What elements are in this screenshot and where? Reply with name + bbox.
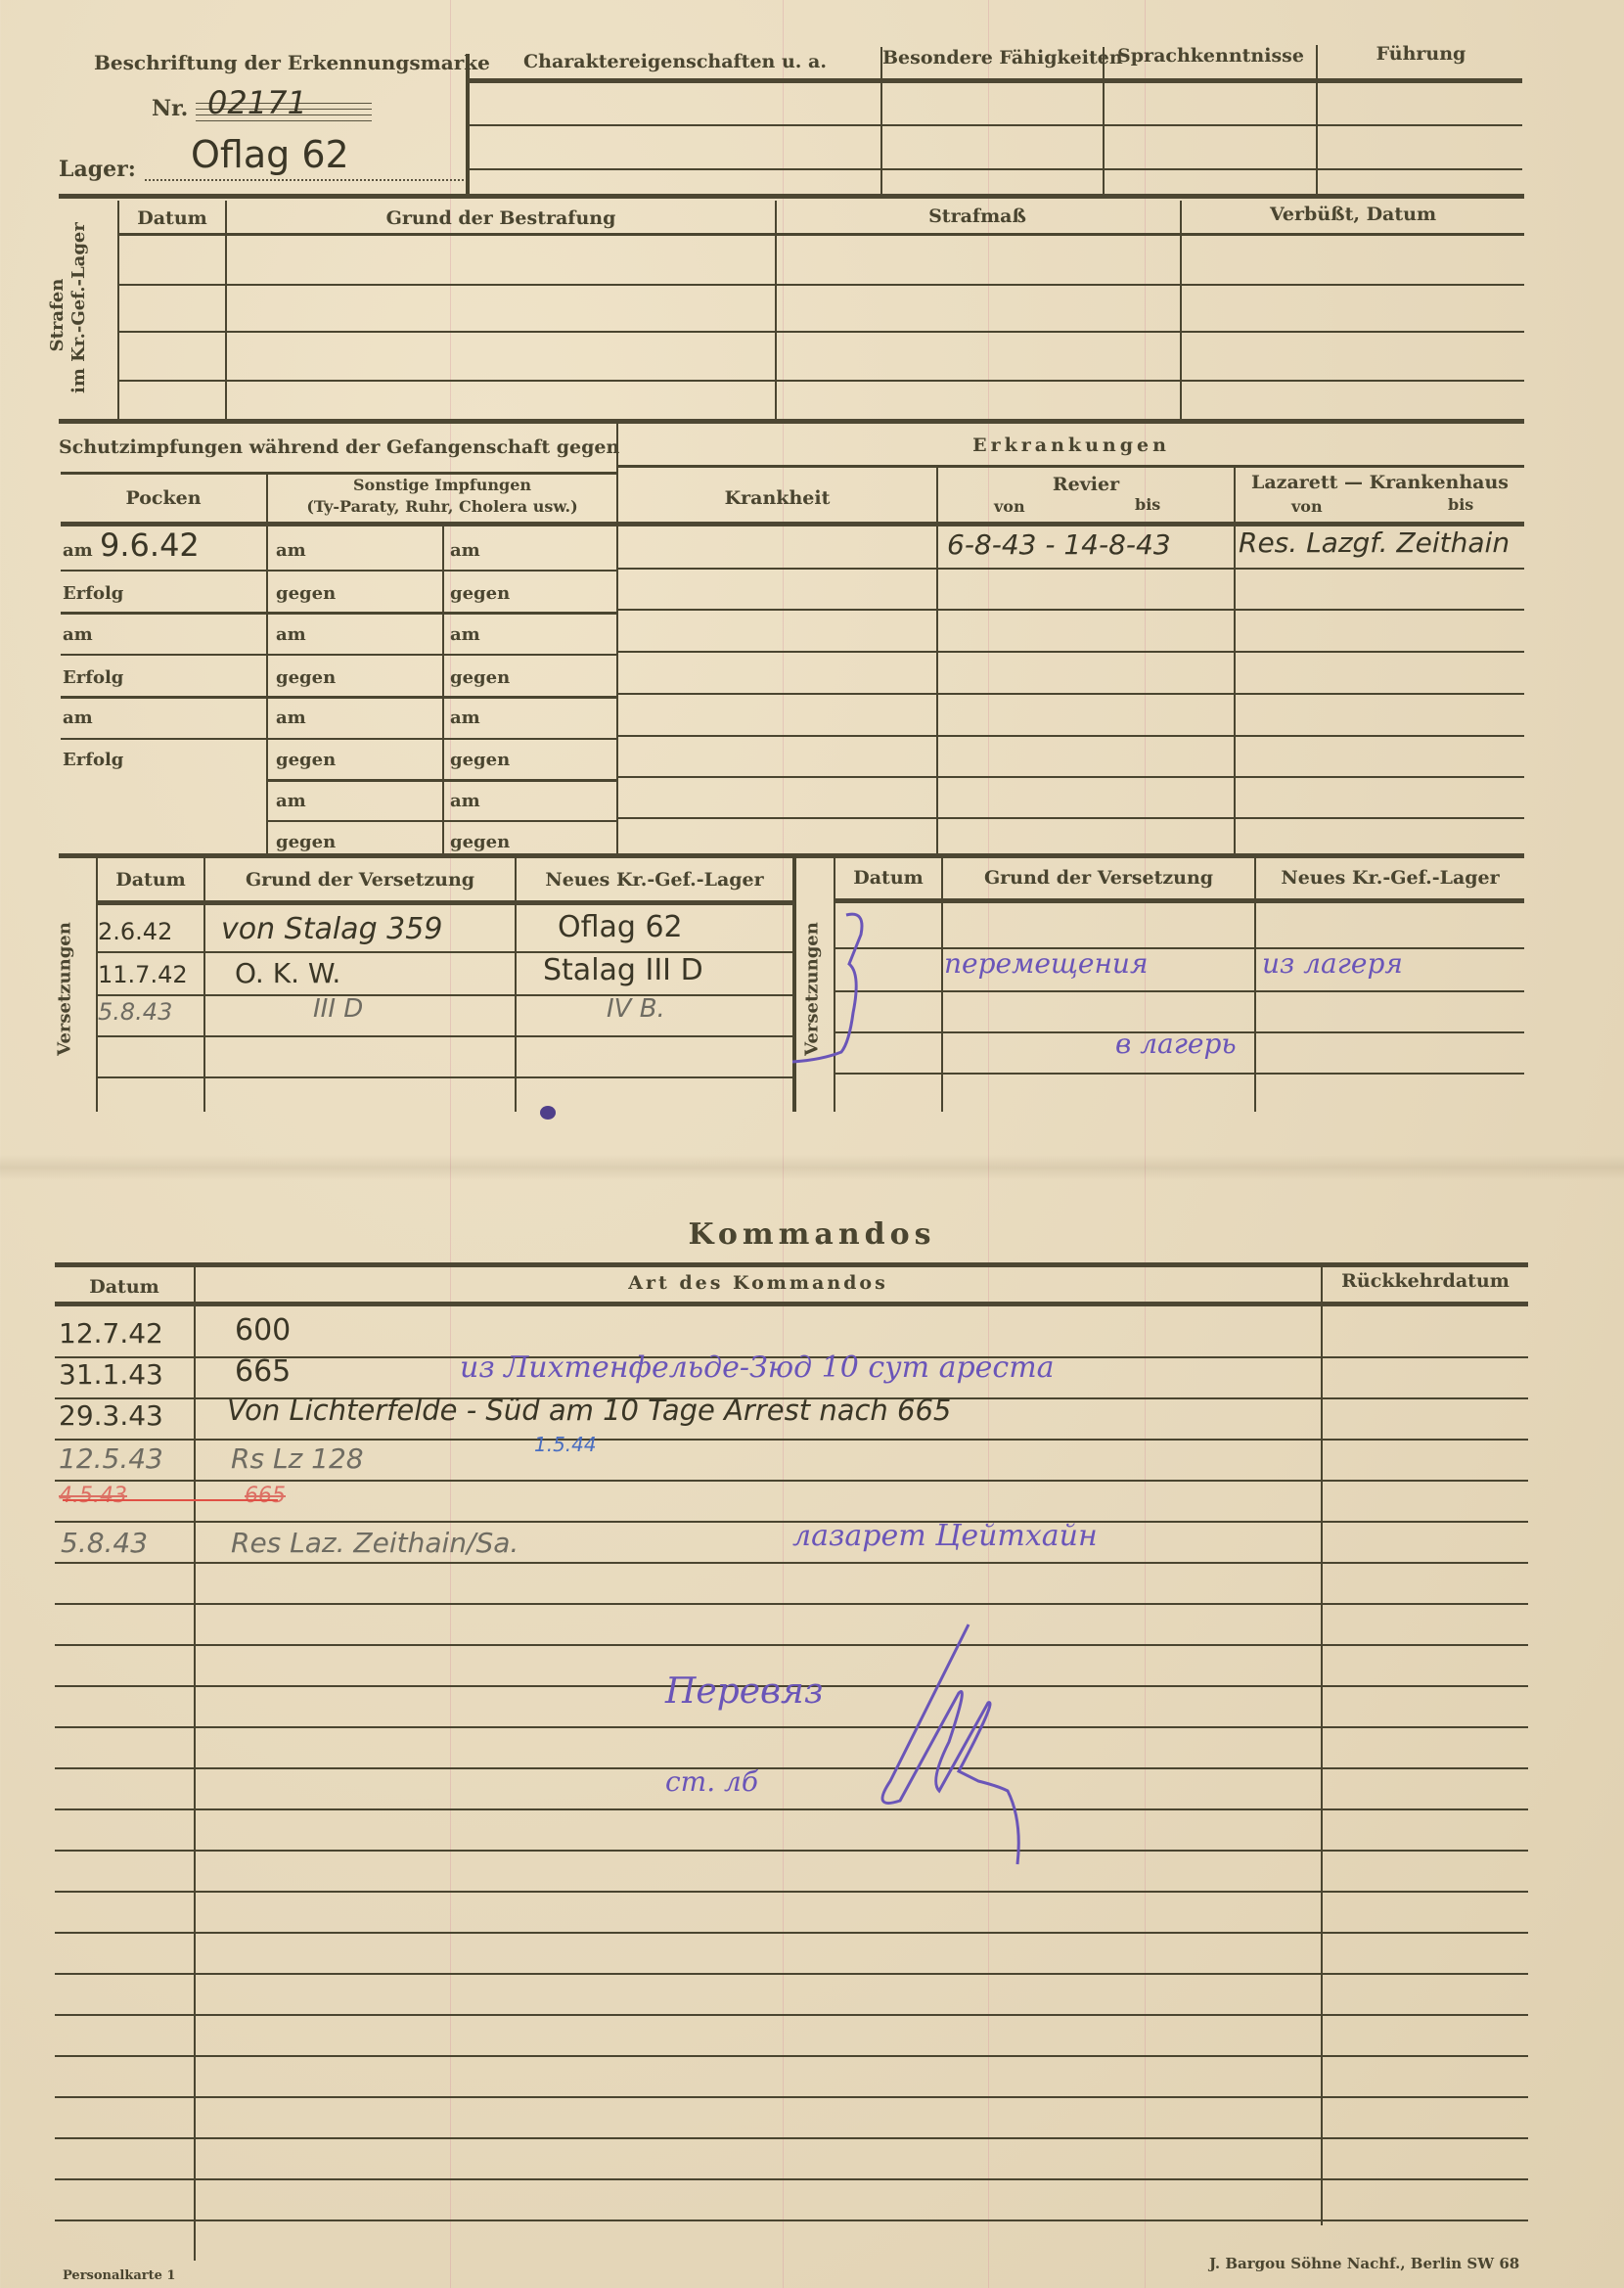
strikethrough-line	[63, 1499, 278, 1501]
col-sprachkenntnisse: Sprachkenntnisse	[1105, 45, 1316, 67]
vl-row-1-datum: 2.6.42	[98, 918, 172, 945]
vl-row-3-datum: 5.8.43	[98, 998, 172, 1026]
sonstige-a-gegen-4: gegen	[276, 832, 336, 852]
vr-col-datum: Datum	[835, 867, 941, 889]
kommandos-col-datum: Datum	[55, 1276, 194, 1298]
strafen-col-strafmass: Strafmaß	[777, 206, 1178, 227]
sonstige-b-gegen-1: gegen	[450, 583, 510, 604]
sonstige-a-am-2: am	[276, 624, 306, 645]
kommando-row-4-art: Rs Lz 128	[231, 1442, 364, 1475]
sonstige-b-am-3: am	[450, 708, 480, 728]
ink-blot	[540, 1106, 556, 1120]
erkennungsmarke-label: Beschriftung der Erkennungsmarke	[94, 51, 490, 74]
kommando-row-6-datum: 5.8.43	[61, 1527, 148, 1559]
kommando-row-6-note: лазарет Цейтхайн	[792, 1519, 1098, 1553]
signature-scribble	[832, 1615, 1027, 1869]
sonstige-a-am-4: am	[276, 791, 306, 811]
kommando-row-1-datum: 12.7.42	[59, 1317, 163, 1350]
sonstige-sub: (Ty-Paraty, Ruhr, Cholera usw.)	[268, 497, 616, 516]
vl-row-3-grund: III D	[313, 994, 363, 1024]
sonstige-a-gegen-1: gegen	[276, 583, 336, 604]
kommando-row-2-datum: 31.1.43	[59, 1358, 163, 1391]
kommando-row-5-datum: 4.5.43	[59, 1484, 127, 1508]
erkrankungen-title: Erkrankungen	[618, 435, 1524, 456]
sonstige-b-am-2: am	[450, 624, 480, 645]
sonstige-a-gegen-3: gegen	[276, 750, 336, 770]
lazarett-entry-1: Res. Lazgf. Zeithain	[1239, 526, 1510, 559]
kommando-row-2-art: 665	[235, 1354, 291, 1389]
revier-label: Revier	[938, 474, 1234, 495]
strafen-side-label: Strafen im Kr.-Gef.-Lager	[47, 237, 90, 393]
versetzungen-left-side-label: Versetzungen	[55, 921, 75, 1058]
kommando-row-4-note: 1.5.44	[534, 1433, 597, 1456]
sonstige-a-am-3: am	[276, 708, 306, 728]
pocken-row-4-label: Erfolg	[63, 667, 123, 688]
kommando-row-3-art: Von Lichterfelde - Süd am 10 Tage Arrest…	[227, 1394, 951, 1427]
pocken-row-1-label: am	[63, 540, 93, 561]
vl-col-lager: Neues Kr.-Gef.-Lager	[517, 869, 792, 891]
kommando-row-6-art: Res Laz. Zeithain/Sa.	[231, 1527, 519, 1559]
paper-fold	[0, 1155, 1624, 1180]
lazarett-label: Lazarett — Krankenhaus	[1236, 472, 1524, 493]
lazarett-von: von	[1291, 497, 1323, 516]
strafen-col-grund: Grund der Bestrafung	[227, 207, 775, 229]
lager-dotted-line	[145, 179, 468, 181]
kommando-row-1-art: 600	[235, 1313, 291, 1348]
sonstige-b-gegen-4: gegen	[450, 832, 510, 852]
pocken-row-1-value: 9.6.42	[100, 526, 200, 564]
printer-imprint: J. Bargou Söhne Nachf., Berlin SW 68	[1209, 2255, 1519, 2272]
vl-row-3-lager: IV B.	[607, 994, 665, 1024]
sonstige-b-am-4: am	[450, 791, 480, 811]
kommandos-col-art: Art des Kommandos	[196, 1272, 1321, 1294]
kommandos-col-rueckkehr: Rückkehrdatum	[1323, 1270, 1528, 1292]
kommando-row-2-note: из Лихтенфельде-Зюд 10 сут ареста	[460, 1350, 1055, 1385]
sonstige-a-gegen-2: gegen	[276, 667, 336, 688]
kommandos-title: Kommandos	[0, 1217, 1624, 1252]
vl-row-1-grund: von Stalag 359	[221, 912, 442, 946]
kommando-row-4-datum: 12.5.43	[59, 1442, 163, 1475]
revier-entry-1: 6-8-43 - 14-8-43	[947, 528, 1171, 561]
vl-row-2-lager: Stalag III D	[543, 953, 703, 987]
vr-col-grund: Grund der Versetzung	[943, 867, 1254, 889]
sonstige-label: Sonstige Impfungen	[268, 476, 616, 494]
impfungen-title: Schutzimpfungen während der Gefangenscha…	[59, 436, 616, 458]
pocken-row-2-label: Erfolg	[63, 583, 123, 604]
nr-label: Nr.	[152, 96, 188, 121]
col-faehigkeiten: Besondere Fähigkeiten	[882, 47, 1103, 69]
vr-col-lager: Neues Kr.-Gef.-Lager	[1256, 867, 1524, 889]
revier-bis: bis	[1135, 495, 1160, 514]
form-name: Personalkarte 1	[63, 2268, 175, 2283]
brace-mark	[792, 905, 871, 1072]
vr-note-1: перемещения	[944, 947, 1149, 980]
vl-col-grund: Grund der Versetzung	[205, 869, 515, 891]
strafen-col-verbuesst: Verbüßt, Datum	[1182, 204, 1524, 225]
lazarett-bis: bis	[1448, 495, 1473, 514]
sonstige-a-am-1: am	[276, 540, 306, 561]
lager-label: Lager:	[59, 157, 136, 182]
kommando-row-3-datum: 29.3.43	[59, 1399, 163, 1432]
sonstige-b-gegen-2: gegen	[450, 667, 510, 688]
vl-row-2-grund: O. K. W.	[235, 957, 340, 989]
sonstige-b-gegen-3: gegen	[450, 750, 510, 770]
pocken-label: Pocken	[61, 487, 266, 509]
col-charakter: Charaktereigenschaften u. a.	[470, 51, 880, 72]
krankheit-label: Krankheit	[618, 487, 936, 509]
revier-von: von	[994, 497, 1025, 516]
pocken-row-6-label: Erfolg	[63, 750, 123, 770]
vr-note-3: в лагерь	[1115, 1028, 1237, 1060]
pocken-row-5-label: am	[63, 708, 93, 728]
sonstige-b-am-1: am	[450, 540, 480, 561]
kommando-row-5-art: 665	[245, 1484, 286, 1508]
vl-row-2-datum: 11.7.42	[98, 961, 188, 988]
nr-value: 02171	[207, 84, 307, 121]
col-fuehrung: Führung	[1321, 43, 1521, 65]
strafen-col-datum: Datum	[119, 207, 225, 229]
lager-value: Oflag 62	[191, 133, 349, 176]
signature-name: Перевяз	[665, 1671, 823, 1712]
vl-row-1-lager: Oflag 62	[558, 910, 683, 944]
signature-title: ст. лб	[665, 1765, 758, 1798]
vr-note-2: из лагеря	[1262, 947, 1403, 980]
vl-col-datum: Datum	[98, 869, 203, 891]
pocken-row-3-label: am	[63, 624, 93, 645]
